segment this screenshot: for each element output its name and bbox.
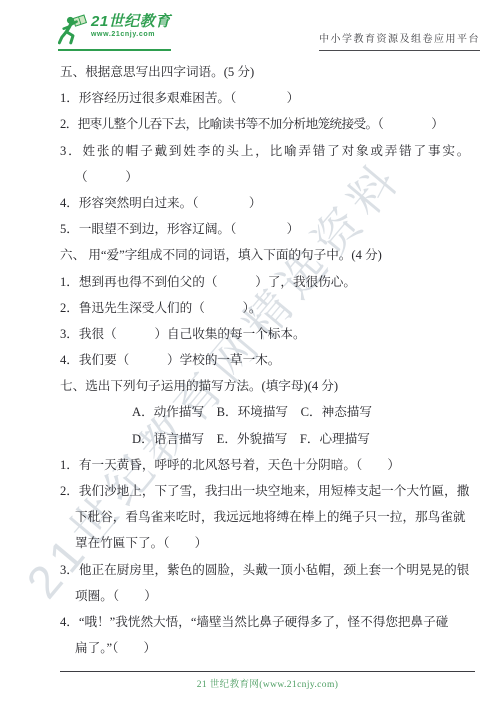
page-header: 21世纪教育 www.21cnjy.com 中小学教育资源及组卷应用平台 <box>58 13 480 51</box>
section-seven-q3-line2: 项圈。（ ） <box>60 583 475 609</box>
footer-divider <box>60 671 475 672</box>
section-six-q3: 3．我很（ ）自己收集的每一个标本。 <box>60 321 475 347</box>
worksheet-page: 21世纪教育 www.21cnjy.com 中小学教育资源及组卷应用平台 21世… <box>0 0 499 706</box>
footer-site-link: 21 世纪教育网(www.21cnjy.com) <box>60 676 475 690</box>
section-five-q3-cont: （ ） <box>60 164 475 190</box>
section-seven-q2-line3: 罩在竹匾下了。（ ） <box>60 530 475 556</box>
running-person-icon <box>58 13 88 47</box>
section-five-title: 五、根据意思写出四字词语。(5 分) <box>60 59 475 85</box>
section-six-q4: 4．我们要（ ）学校的一草一木。 <box>60 347 475 373</box>
section-seven-options-row1: A．动作描写 B．环境描写 C．神态描写 <box>60 399 475 425</box>
section-seven-options-row2: D．语言描写 E．外貌描写 F．心理描写 <box>60 426 475 452</box>
section-seven-q4-line1: 4．“哦！”我恍然大悟，“墙壁当然比鼻子硬得多了，怪不得您把鼻子碰 <box>60 609 475 635</box>
section-five-q4: 4．形容突然明白过来。（ ） <box>60 190 475 216</box>
section-seven-q2-line2: 下秕谷，看鸟雀来吃时，我远远地将缚在棒上的绳子只一拉，那鸟雀就 <box>60 504 475 530</box>
section-seven-q1: 1．有一天黄昏，呼呼的北风怒号着，天色十分阴暗。（ ） <box>60 452 475 478</box>
brand-name: 21世纪教育 <box>91 13 171 30</box>
worksheet-content: 五、根据意思写出四字词语。(5 分) 1．形容经历过很多艰难困苦。（ ） 2．把… <box>60 59 475 661</box>
section-seven-q4-line2: 扁了。”（ ） <box>60 635 475 661</box>
section-five-q2: 2．把枣儿整个儿吞下去，比喻读书等不加分析地笼统接受。（ ） <box>60 111 475 137</box>
brand-text-block: 21世纪教育 www.21cnjy.com <box>91 13 171 39</box>
section-seven-q3-line1: 3．他正在厨房里，紫色的圆脸，头戴一顶小毡帽，颈上套一个明晃晃的银 <box>60 557 475 583</box>
brand-logo: 21世纪教育 www.21cnjy.com <box>58 13 171 51</box>
section-six-q2: 2．鲁迅先生深受人们的（ ）。 <box>60 295 475 321</box>
section-five-q3: 3．姓张的帽子戴到姓李的头上，比喻弄错了对象或弄错了事实。 <box>60 138 475 164</box>
section-seven-q2-line1: 2．我们沙地上，下了雪，我扫出一块空地来，用短棒支起一个大竹匾，撒 <box>60 478 475 504</box>
section-five-q5: 5．一眼望不到边，形容辽阔。（ ） <box>60 216 475 242</box>
section-five-q1: 1．形容经历过很多艰难困苦。（ ） <box>60 85 475 111</box>
section-seven-title: 七、选出下列句子运用的描写方法。(填字母)(4 分) <box>60 373 475 399</box>
section-six-q1: 1．想到再也得不到伯父的（ ）了，我很伤心。 <box>60 269 475 295</box>
section-six-title: 六、 用“爱”字组成不同的词语，填入下面的句子中。(4 分) <box>60 242 475 268</box>
brand-url: www.21cnjy.com <box>91 30 171 39</box>
platform-title: 中小学教育资源及组卷应用平台 <box>319 30 480 51</box>
